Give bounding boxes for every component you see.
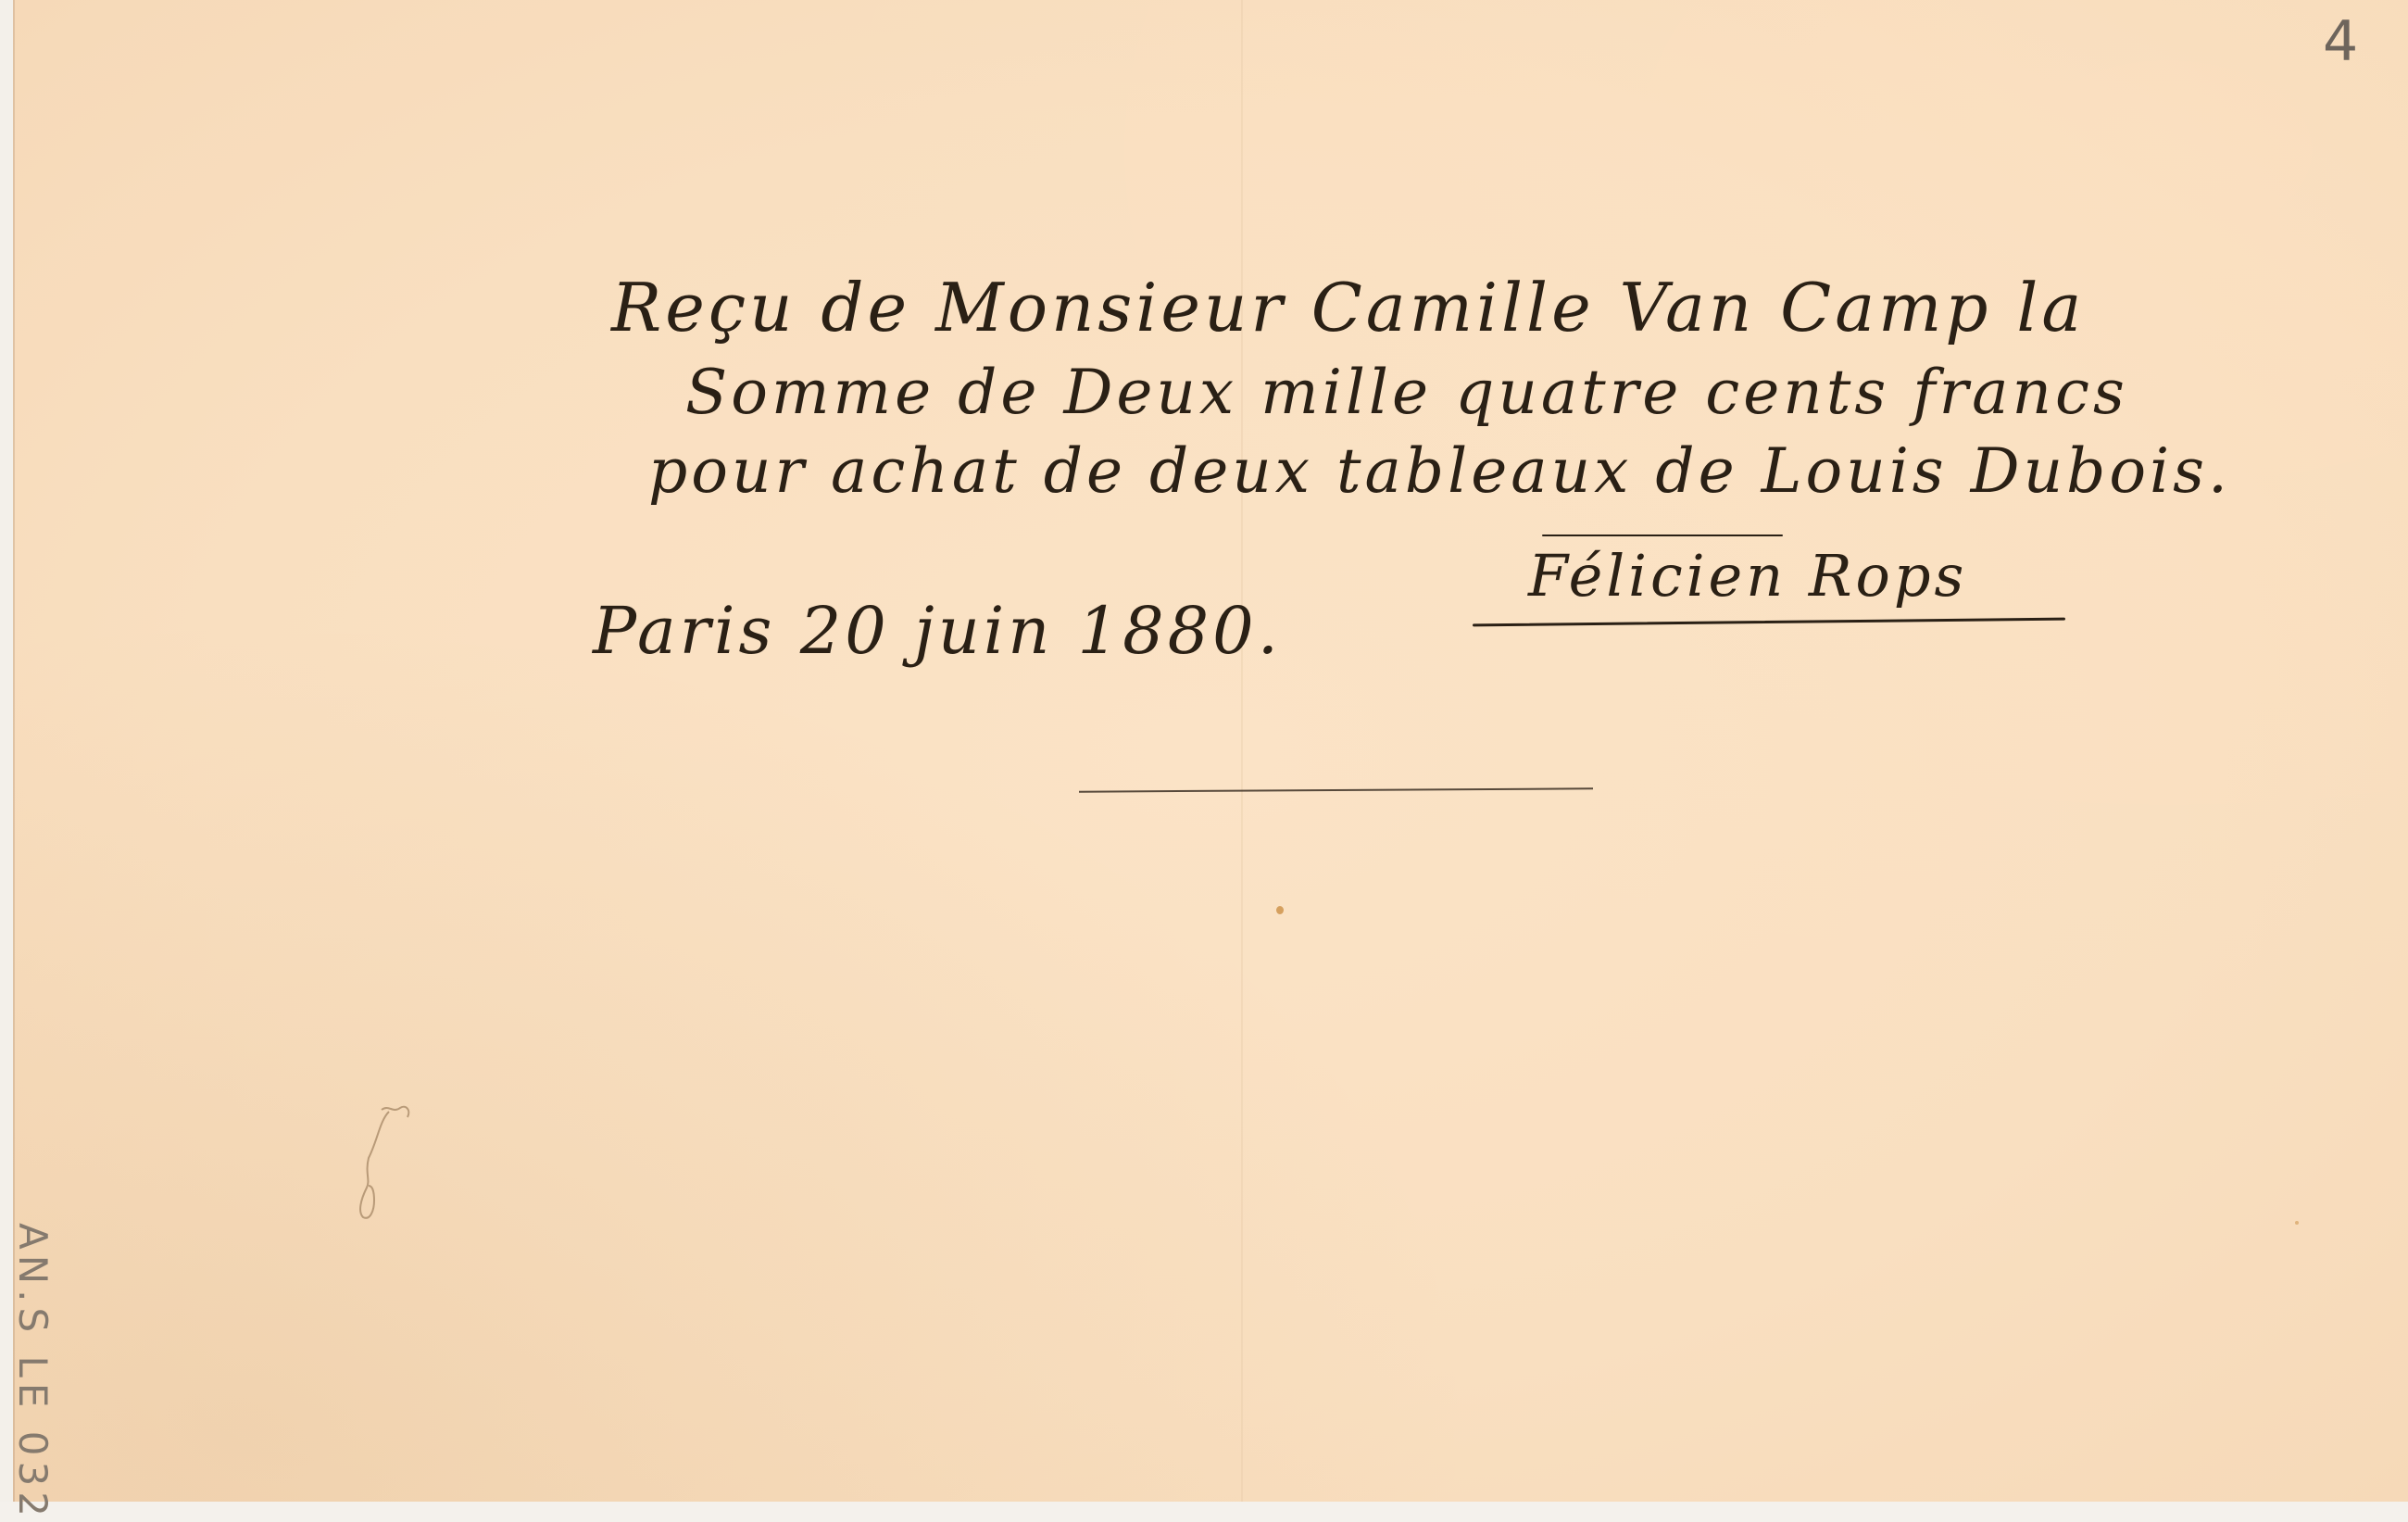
place-and-date: Paris 20 juin 1880. [593,593,1282,669]
paper-sheet [13,0,2408,1502]
scan-background: 4 Reçu de Monsieur Camille Van Camp la S… [0,0,2408,1502]
ink-spot [1276,906,1284,914]
signature-flourish-top [1542,535,1783,536]
archive-pencil-mark: AN.S LE 032 [10,1223,56,1502]
receipt-line-2: Somme de Deux mille quatre cents francs [685,357,2128,428]
receipt-line-3: pour achat de deux tableaux de Louis Dub… [648,435,2231,507]
paper-fiber-mark [352,1102,426,1232]
signature: Félicien Rops [1528,542,1967,610]
receipt-line-1: Reçu de Monsieur Camille Van Camp la [611,269,2085,346]
paper-fold-crease [1241,0,1243,1502]
folio-number: 4 [2323,9,2358,74]
ink-spot [2295,1221,2299,1225]
